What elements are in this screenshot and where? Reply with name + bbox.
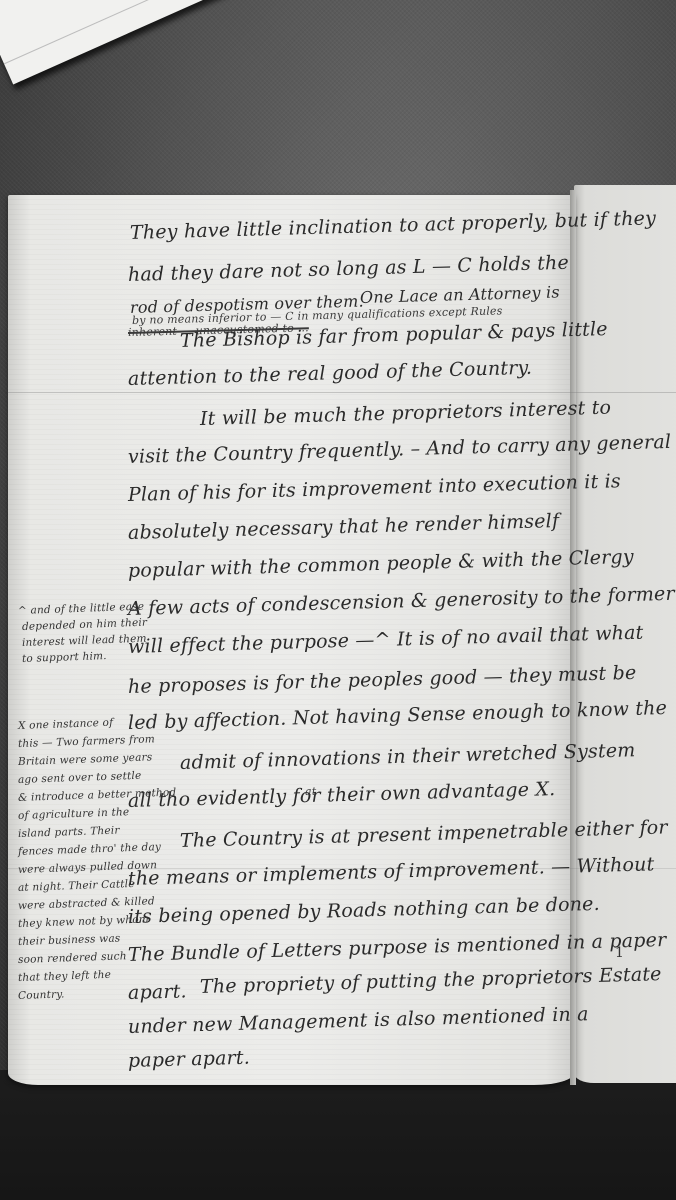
text-line: paper apart. <box>128 1047 251 1072</box>
text-line: apart. <box>128 980 187 1004</box>
page-mark: 1 <box>615 945 624 961</box>
desk-shadow <box>0 1070 676 1200</box>
interlinear-insertion: at <box>305 785 317 798</box>
page-fold-line <box>8 392 676 393</box>
margin-line: Country. <box>18 988 65 1002</box>
